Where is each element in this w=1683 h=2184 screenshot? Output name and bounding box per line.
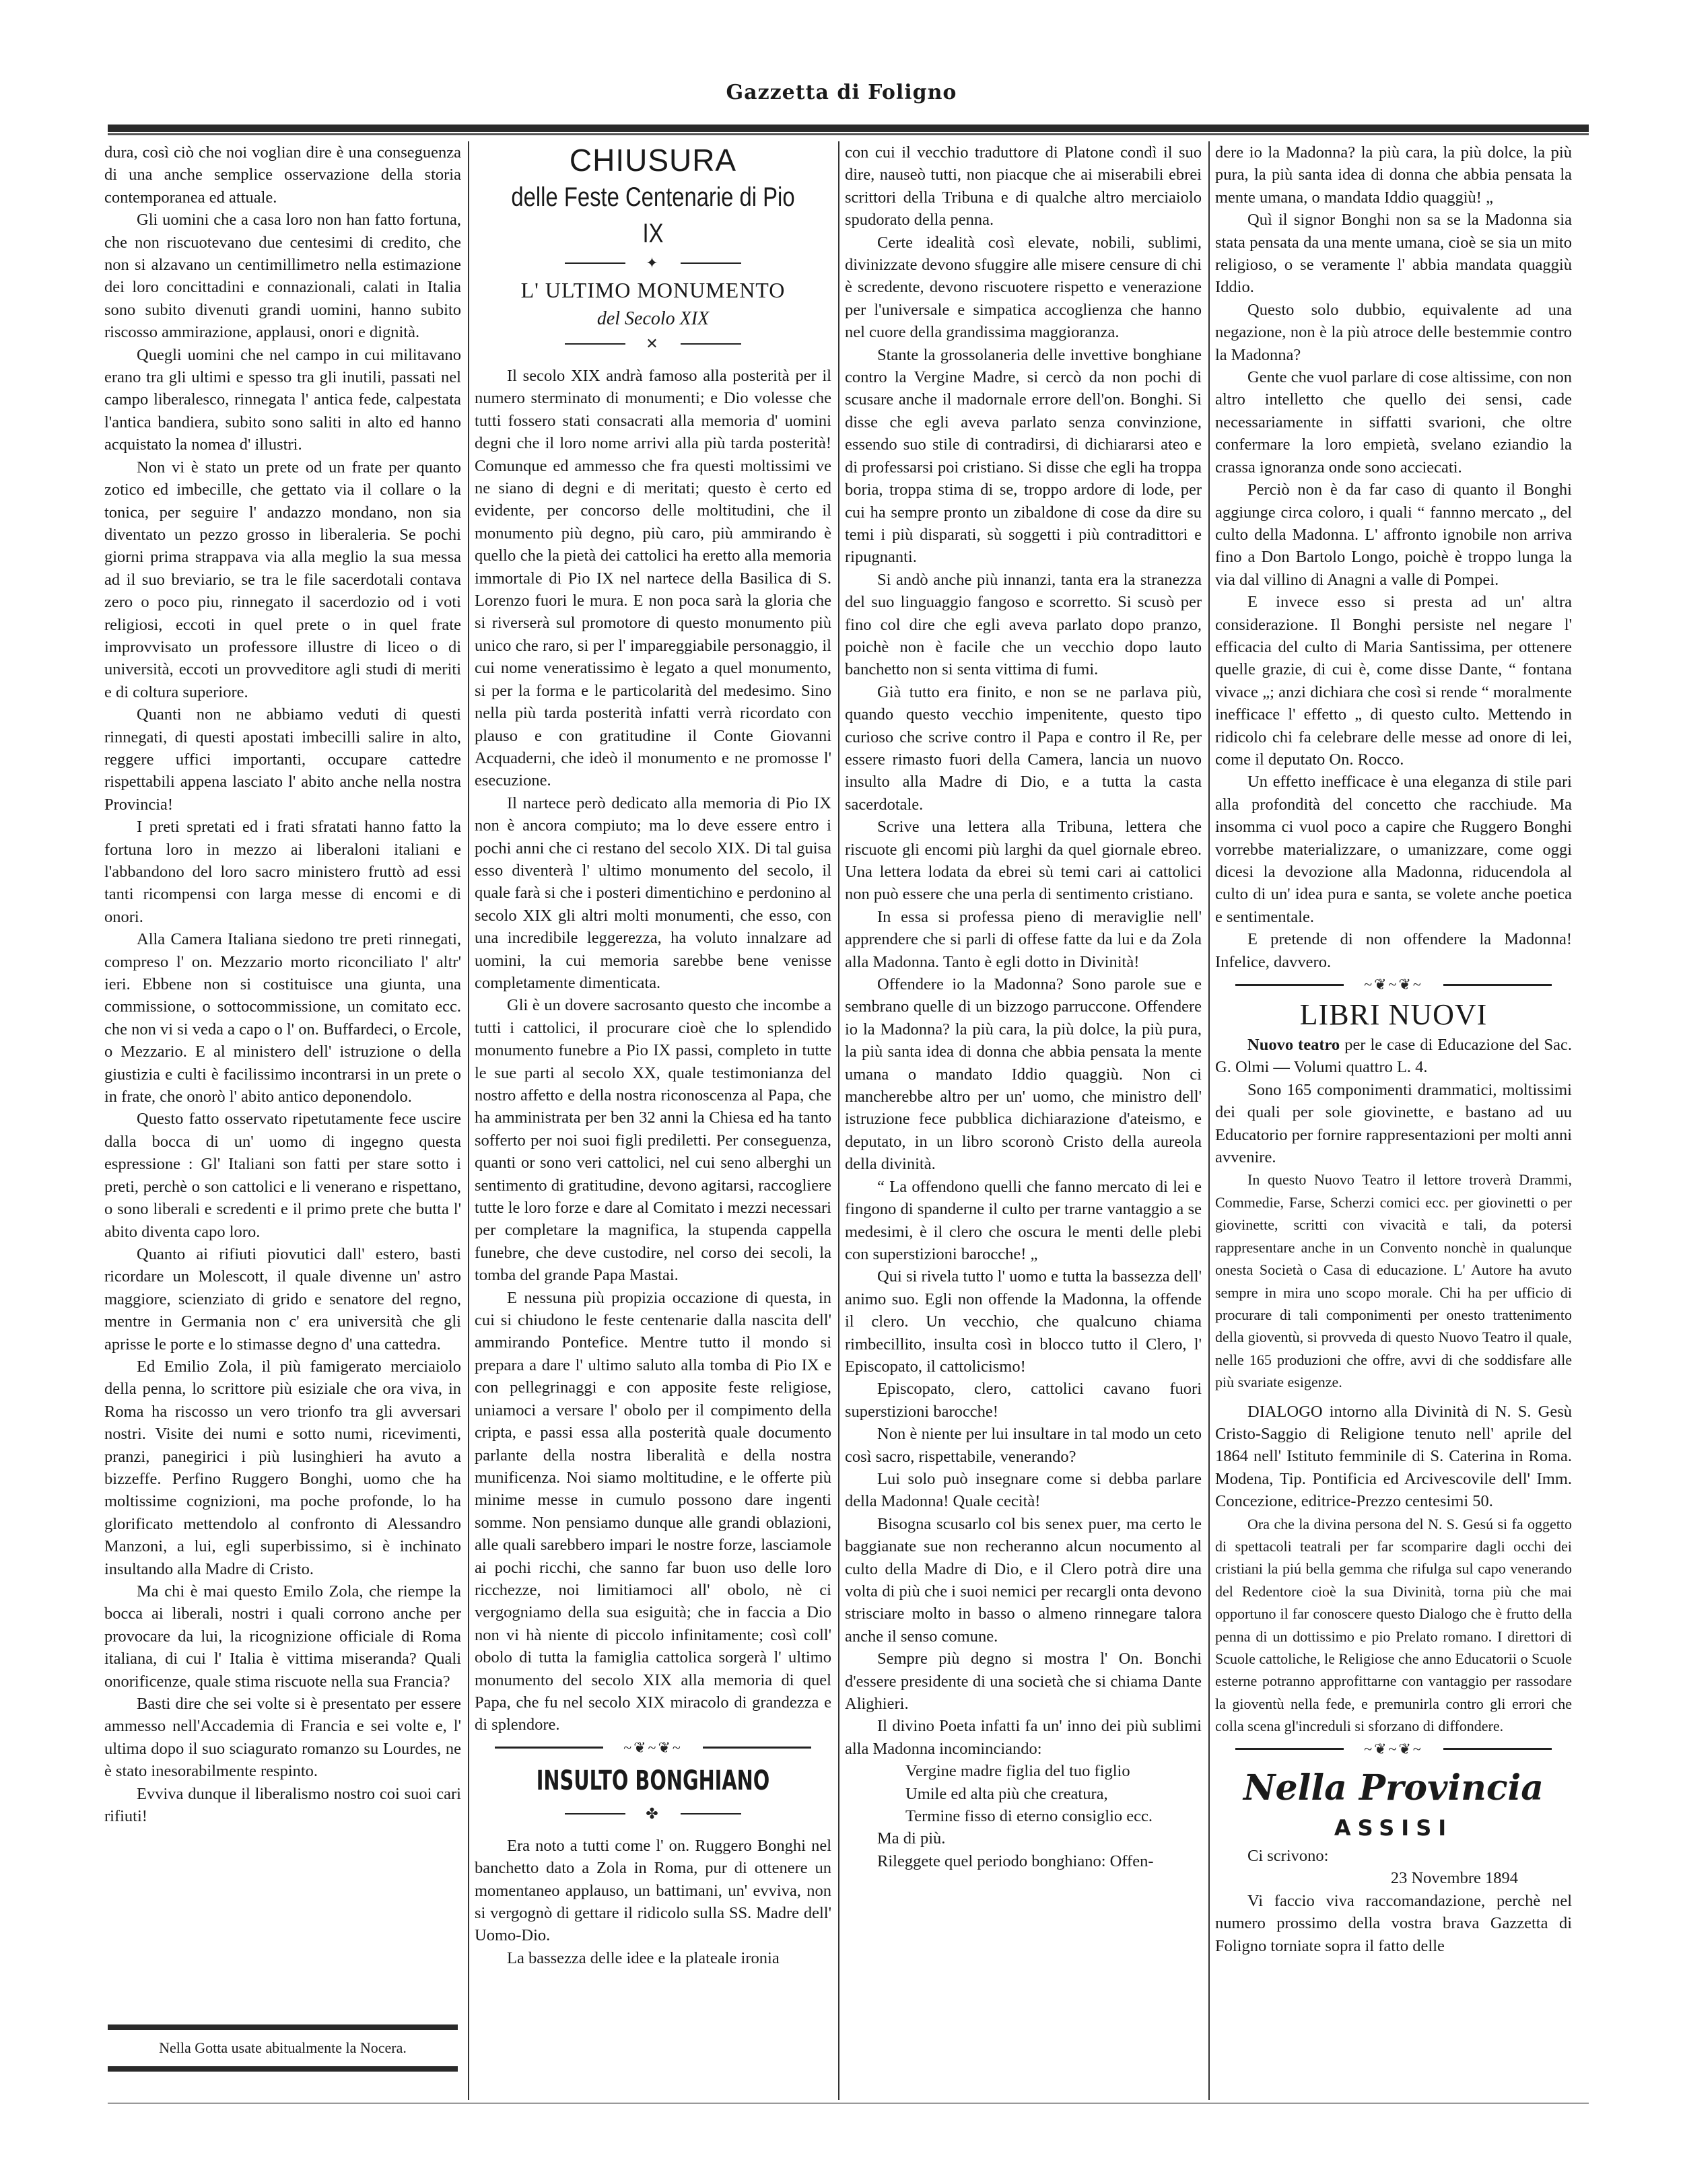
book-title: Nuovo teatro <box>1247 1036 1340 1054</box>
paragraph: Quanto ai rifiuti piovutici dall' estero… <box>104 1243 461 1355</box>
column-divider <box>838 141 839 2100</box>
column-divider <box>1208 141 1210 2100</box>
paragraph: Non è niente per lui insultare in tal mo… <box>845 1423 1202 1468</box>
paragraph: In questo Nuovo Teatro il lettore trover… <box>1215 1168 1572 1393</box>
paragraph: Gli uomini che a casa loro non han fatto… <box>104 209 461 343</box>
section-title: Nella Provincia <box>1215 1765 1572 1812</box>
ad-rule-top <box>108 2024 458 2030</box>
verse-line: Termine fisso di eterno consiglio ecc. <box>845 1805 1202 1827</box>
paragraph: Evviva dunque il liberalismo nostro coi … <box>104 1783 461 1828</box>
paragraph: Stante la grossolaneria delle invettive … <box>845 344 1202 569</box>
paragraph: con cui il vecchio traduttore di Platone… <box>845 141 1202 232</box>
book-entry: DIALOGO intorno alla Divinità di N. S. G… <box>1215 1401 1572 1513</box>
date: 23 Novembre 1894 <box>1215 1867 1572 1889</box>
quote-paragraph: “ La offendono quelli che fanno mercato … <box>845 1176 1202 1266</box>
paragraph: Ma chi è mai questo Emilo Zola, che riem… <box>104 1580 461 1693</box>
paragraph: Certe idealità così elevate, nobili, sub… <box>845 232 1202 344</box>
paragraph: La bassezza delle idee e la plateale iro… <box>475 1947 831 1969</box>
article-subhead: delle Feste Centenarie di Pio IX <box>507 179 800 252</box>
paragraph: dere io la Madonna? la più cara, la più … <box>1215 141 1572 209</box>
paragraph: I preti spretati ed i frati sfratati han… <box>104 816 461 928</box>
paragraph: Alla Camera Italiana siedono tre preti r… <box>104 928 461 1108</box>
paragraph: Un effetto inefficace è una eleganza di … <box>1215 771 1572 928</box>
paragraph: Quanti non ne abbiamo veduti di questi r… <box>104 703 461 816</box>
paragraph: Era noto a tutti come l' on. Ruggero Bon… <box>475 1835 831 1947</box>
paragraph: Il secolo XIX andrà famoso alla posterit… <box>475 365 831 792</box>
verse-line: Umile ed alta più che creatura, <box>845 1783 1202 1805</box>
article-title-sub: del Secolo XIX <box>475 306 831 332</box>
paragraph: Lui solo può insegnare come si debba par… <box>845 1468 1202 1513</box>
column-1: dura, così ciò che noi voglian dire è un… <box>104 141 461 1827</box>
ornament-divider: ✦ <box>475 252 831 275</box>
verse-line: Vergine madre figlia del tuo figlio <box>845 1760 1202 1782</box>
ad-text: Nella Gotta usate abitualmente la Nocera… <box>108 2030 458 2066</box>
paragraph: Episcopato, clero, cattolici cavano fuor… <box>845 1378 1202 1423</box>
column-4: dere io la Madonna? la più cara, la più … <box>1215 141 1572 1957</box>
ornament-divider: ✕ <box>475 332 831 355</box>
ornament-divider: ✤ <box>475 1802 831 1825</box>
paragraph: Perciò non è da far caso di quanto il Bo… <box>1215 479 1572 591</box>
paragraph: dura, così ciò che noi voglian dire è un… <box>104 141 461 209</box>
paragraph: Già tutto era finito, e non se ne parlav… <box>845 681 1202 816</box>
paragraph: Questo solo dubbio, equivalente ad una n… <box>1215 299 1572 366</box>
paragraph: Ci scrivono: <box>1215 1845 1572 1867</box>
paragraph: Rileggete quel periodo bonghiano: Offen- <box>845 1850 1202 1872</box>
column-3: con cui il vecchio traduttore di Platone… <box>845 141 1202 1872</box>
paragraph: Ed Emilio Zola, il più famigerato mercia… <box>104 1355 461 1580</box>
paragraph: Gli è un dovere sacrosanto questo che in… <box>475 994 831 1286</box>
paragraph: Il divino Poeta infatti fa un' inno dei … <box>845 1715 1202 1760</box>
paragraph: Gente che vuol parlare di cose altissime… <box>1215 366 1572 479</box>
ornament-divider: ~❦~❦~ <box>1215 973 1572 996</box>
masthead-rule <box>108 125 1589 135</box>
paragraph: In essa si professa pieno di meraviglie … <box>845 906 1202 973</box>
paragraph: Ma di più. <box>845 1827 1202 1850</box>
section-title: INSULTO BONGHIANO <box>524 1762 782 1800</box>
paragraph: E nessuna più propizia occazione di ques… <box>475 1287 831 1736</box>
paragraph: Ora che la divina persona del N. S. Gesú… <box>1215 1513 1572 1738</box>
paragraph: Non vi è stato un prete od un frate per … <box>104 456 461 703</box>
paragraph: Vi faccio viva raccomandazione, perchè n… <box>1215 1890 1572 1957</box>
paragraph: Questo fatto osservato ripetutamente fec… <box>104 1108 461 1242</box>
paragraph: Bisogna scusarlo col bis senex puer, ma … <box>845 1513 1202 1648</box>
section-title: LIBRI NUOVI <box>1215 996 1572 1034</box>
ad-rule-bottom <box>108 2066 458 2072</box>
article-headline: CHIUSURA <box>475 141 831 179</box>
advertisement-box: Nella Gotta usate abitualmente la Nocera… <box>108 2024 458 2072</box>
masthead: Gazzetta di Foligno <box>0 81 1683 104</box>
paragraph: Quì il signor Bonghi non sa se la Madonn… <box>1215 209 1572 299</box>
paragraph: Offendere io la Madonna? Sono parole sue… <box>845 973 1202 1176</box>
ornament-divider: ~❦~❦~ <box>1215 1738 1572 1761</box>
paragraph: E pretende di non offendere la Madonna! … <box>1215 928 1572 973</box>
paragraph: Sono 165 componimenti drammatici, moltis… <box>1215 1079 1572 1169</box>
paragraph: E invece esso si presta ad un' altra con… <box>1215 591 1572 771</box>
ornament-divider: ~❦~❦~ <box>475 1736 831 1759</box>
page-bottom-rule <box>108 2103 1589 2104</box>
column-2: CHIUSURA delle Feste Centenarie di Pio I… <box>475 141 831 1969</box>
paragraph: Scrive una lettera alla Tribuna, lettera… <box>845 816 1202 906</box>
paragraph: Qui si rivela tutto l' uomo e tutta la b… <box>845 1265 1202 1378</box>
paragraph: Si andò anche più innanzi, tanta era la … <box>845 569 1202 681</box>
paragraph: Basti dire che sei volte si è presentato… <box>104 1693 461 1783</box>
article-title: L' ULTIMO MONUMENTO <box>475 275 831 306</box>
paragraph: Il nartece però dedicato alla memoria di… <box>475 792 831 995</box>
column-divider <box>468 141 469 2100</box>
paragraph: Sempre più degno si mostra l' On. Bonchi… <box>845 1648 1202 1715</box>
paragraph: Quegli uomini che nel campo in cui milit… <box>104 344 461 456</box>
place-heading: ASSISI <box>1215 1817 1572 1839</box>
